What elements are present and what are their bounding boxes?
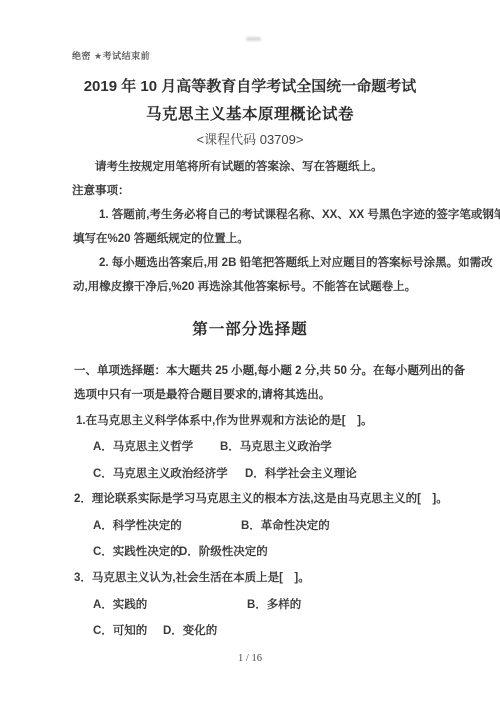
question-3-option-c: C．可知的 <box>93 624 163 638</box>
section-heading: 第一部分选择题 <box>0 320 500 339</box>
question-3-stem: 3．马克思主义认为,社会生活在本质上是[ ]。 <box>74 571 310 585</box>
question-1-option-b: B．马克思主义政治学 <box>220 441 332 453</box>
question-3-options-row-2: C．可知的D．变化的 <box>93 624 217 638</box>
question-3-option-d: D．变化的 <box>163 625 217 637</box>
note-2-line-1: 2. 每小题选出答案后,用 2B 铅笔把答题纸上对应题目的答案标号涂黑。如需改 <box>99 256 493 270</box>
exam-paper-page: 绝密 ★考试结束前 2019 年 10 月高等教育自学考试全国统一命题考试 马克… <box>0 0 500 707</box>
course-code: <课程代码 03709> <box>0 132 500 148</box>
question-2-option-c: C．实践性决定的 <box>93 545 179 559</box>
exam-title: 2019 年 10 月高等教育自学考试全国统一命题考试 <box>0 78 500 97</box>
question-2-option-a: A．科学性决定的 <box>93 519 241 533</box>
question-2-options-row-1: A．科学性决定的B．革命性决定的 <box>93 519 330 533</box>
question-3-option-b: B．多样的 <box>247 599 301 611</box>
section-intro-line-1: 一、单项选择题：本大题共 25 小题,每小题 2 分,共 50 分。在每小题列出… <box>74 364 465 378</box>
page-number: 1 / 16 <box>0 652 500 665</box>
question-2-stem: 2．理论联系实际是学习马克思主义的根本方法,这是由马克思主义的[ ]。 <box>74 492 448 506</box>
note-1-line-1: 1. 答题前,考生务必将自己的考试课程名称、XX、XX 号黑色字迹的签字笔或钢笔 <box>99 208 500 222</box>
security-classification-label: 绝密 ★考试结束前 <box>72 51 150 62</box>
question-2-option-b: B．革命性决定的 <box>241 520 330 532</box>
general-instruction: 请考生按规定用笔将所有试题的答案涂、写在答题纸上。 <box>95 160 383 174</box>
question-2-options-row-2: C．实践性决定的D．阶级性决定的 <box>93 545 268 559</box>
notes-heading: 注意事项： <box>72 184 130 198</box>
note-2-line-2: 动,用橡皮擦干净后,%20 再选涂其他答案标号。不能答在试题卷上。 <box>73 280 416 294</box>
question-1-option-a: A．马克思主义哲学 <box>93 440 220 454</box>
question-3-options-row-1: A．实践的B．多样的 <box>93 598 301 612</box>
question-1-options-row-2: C．马克思主义政治经济学D．科学社会主义理论 <box>93 467 357 481</box>
exam-subject-title: 马克思主义基本原理概论试卷 <box>0 105 500 124</box>
question-1-options-row-1: A．马克思主义哲学B．马克思主义政治学 <box>93 440 332 454</box>
note-1-line-2: 填写在%20 答题纸规定的位置上。 <box>73 232 249 246</box>
question-1-option-d: D．科学社会主义理论 <box>245 468 357 480</box>
question-1-stem: 1.在马克思主义科学体系中,作为世界观和方法论的是[ ]。 <box>76 414 372 428</box>
question-2-option-d: D．阶级性决定的 <box>179 546 268 558</box>
smudge-mark <box>246 37 261 41</box>
question-3-option-a: A．实践的 <box>93 598 247 612</box>
question-1-option-c: C．马克思主义政治经济学 <box>93 467 245 481</box>
section-intro-line-2: 选项中只有一项是最符合题目要求的,请将其选出。 <box>74 388 330 402</box>
